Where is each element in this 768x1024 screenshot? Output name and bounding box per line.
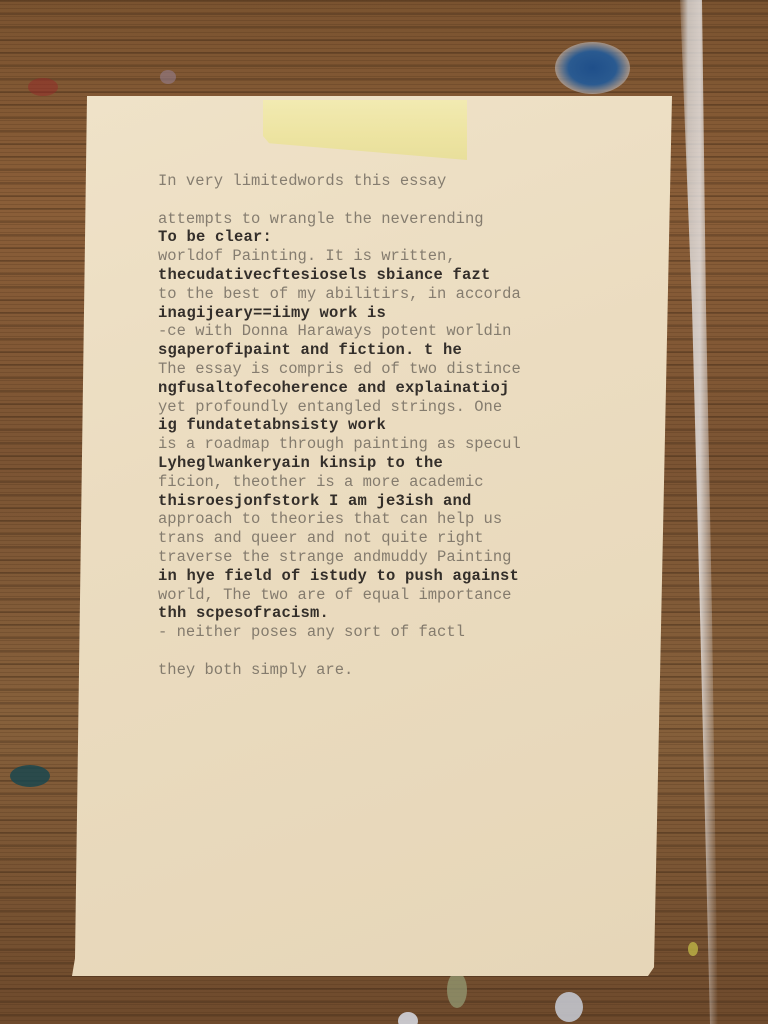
purple-paint-dot (160, 70, 176, 84)
typed-line (158, 172, 668, 191)
typed-line (158, 661, 668, 680)
typed-line (158, 473, 668, 492)
overstrike-typed-text: To be clear:thecudativecftesiosels sbian… (158, 172, 668, 680)
teal-paint-splotch (10, 765, 50, 787)
typed-line: Lyheglwankeryain kinsip to the (158, 454, 668, 473)
typed-line (158, 191, 668, 210)
blue-paint-splotch (555, 42, 630, 94)
green-paint-dot (447, 972, 467, 1008)
typed-line (158, 642, 668, 661)
white-paint-dot (555, 992, 583, 1022)
typed-line (158, 360, 668, 379)
typed-line: thecudativecftesiosels sbiance fazt (158, 266, 668, 285)
typed-line (158, 586, 668, 605)
typed-line: ig fundatetabnsisty work (158, 416, 668, 435)
typed-line: ngfusaltofecoherence and explainatioj (158, 379, 668, 398)
yellow-paint-dot (688, 942, 698, 956)
typed-line (158, 548, 668, 567)
typed-line: thisroesjonfstork I am je3ish and (158, 492, 668, 511)
typed-line (158, 623, 668, 642)
typed-line: thh scpesofracism. (158, 604, 668, 623)
typed-line (158, 529, 668, 548)
typed-line: inagijeary==iimy work is (158, 304, 668, 323)
red-paint-dot (28, 78, 58, 96)
typed-line (158, 510, 668, 529)
white-paint-dot (398, 1012, 418, 1024)
typed-line: in hye field of istudy to push against (158, 567, 668, 586)
typed-line: To be clear: (158, 228, 668, 247)
typed-line: sgaperofipaint and fiction. t he (158, 341, 668, 360)
typed-line (158, 247, 668, 266)
typed-line (158, 285, 668, 304)
typed-line (158, 210, 668, 229)
typed-line (158, 435, 668, 454)
typed-line (158, 398, 668, 417)
white-paint-streak (678, 0, 718, 1024)
typed-line (158, 322, 668, 341)
